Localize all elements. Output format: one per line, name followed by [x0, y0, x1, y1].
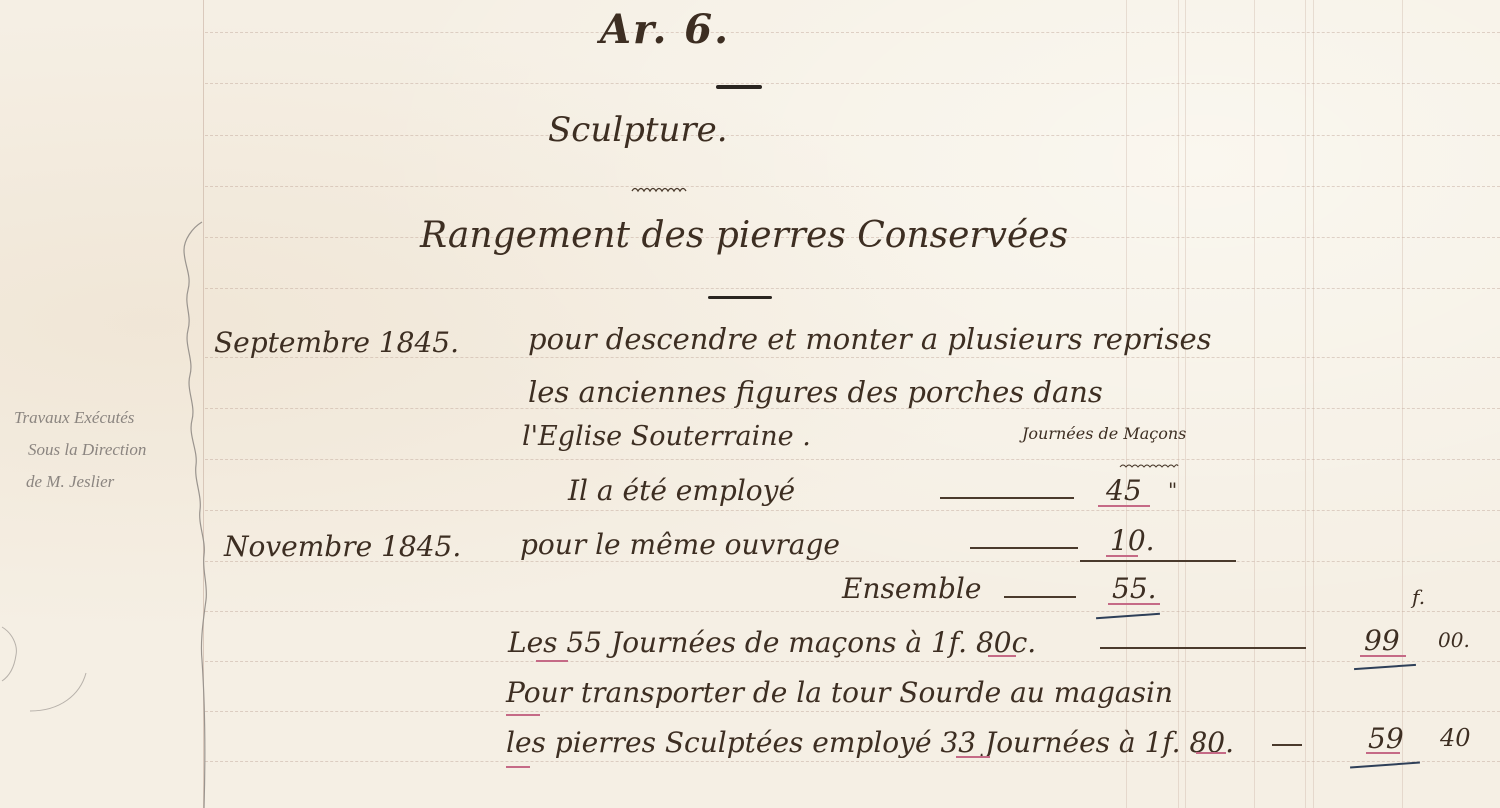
journees-value-1: 45: [1106, 474, 1142, 507]
entry-text-line: les anciennes figures des porches dans: [528, 375, 1103, 409]
pink-underline: [1366, 752, 1400, 754]
leader-line: [1272, 744, 1302, 746]
journees-value-2: 10.: [1110, 524, 1155, 557]
pink-underline: [506, 714, 540, 716]
margin-note-line-3: de M. Jeslier: [26, 472, 114, 492]
leader-line: [1004, 596, 1076, 598]
pink-underline: [988, 655, 1016, 657]
journees-total: 55.: [1112, 572, 1157, 605]
centimes-value: 00.: [1438, 628, 1470, 652]
ledger-page: Ar. 6. Sculpture. Rangement des pierres …: [0, 0, 1500, 808]
column-line: [1178, 0, 1179, 808]
francs-value: 99: [1364, 624, 1400, 657]
francs-column-header: f.: [1412, 585, 1425, 609]
pink-underline: [1108, 603, 1160, 605]
column-line: [1254, 0, 1255, 808]
section-title: Sculpture.: [548, 110, 728, 150]
column-line: [1313, 0, 1314, 808]
entry-text-line: pour descendre et monter a plusieurs rep…: [528, 322, 1211, 356]
article-number: Ar. 6.: [600, 6, 730, 53]
subtitle-divider: [708, 296, 772, 299]
ornament-squiggle: [630, 185, 690, 195]
column-line: [1185, 0, 1186, 808]
leader-line: [1100, 647, 1306, 649]
margin-note-line-2: Sous la Direction: [28, 440, 146, 460]
pink-underline: [1196, 752, 1226, 754]
blue-underline: [1096, 613, 1160, 619]
centimes-value: 40: [1440, 724, 1471, 752]
column-line: [1305, 0, 1306, 808]
entry-text-line: l'Eglise Souterraine .: [522, 421, 811, 452]
francs-value: 59: [1368, 722, 1404, 755]
subtitle: Rangement des pierres Conservées: [420, 215, 1068, 256]
entry-text-line: pour le même ouvrage: [520, 528, 840, 561]
leader-line: [940, 497, 1074, 499]
column-header-squiggle: [1118, 462, 1180, 470]
sum-line: [1080, 560, 1236, 562]
column-header-journees: Journées de Maçons: [1022, 424, 1186, 443]
pink-underline: [506, 766, 530, 768]
pink-underline: [536, 660, 568, 662]
blue-underline: [1354, 664, 1416, 670]
pink-underline: [1098, 505, 1150, 507]
journees-ditto-mark: ": [1168, 478, 1177, 502]
entry-text-line: Il a été employé: [568, 474, 795, 507]
column-line: [1402, 0, 1403, 808]
total-label: Ensemble: [842, 572, 981, 605]
header-divider: [716, 85, 762, 89]
leader-line: [970, 547, 1078, 549]
pencil-circle-mark: [0, 615, 90, 725]
blue-underline: [1350, 762, 1420, 769]
cost-line-text: les pierres Sculptées employé 33 Journée…: [506, 726, 1234, 759]
pink-underline: [956, 756, 990, 758]
cost-line-text: Pour transporter de la tour Sourde au ma…: [506, 676, 1173, 709]
pink-underline: [1106, 555, 1138, 557]
margin-note-line-1: Travaux Exécutés: [14, 408, 134, 428]
pink-underline: [1360, 655, 1406, 657]
entry-date-novembre: Novembre 1845.: [224, 530, 461, 563]
cost-line-text: Les 55 Journées de maçons à 1f. 80c.: [508, 626, 1036, 659]
pencil-bracket: [170, 220, 210, 808]
entry-date-september: Septembre 1845.: [214, 326, 459, 359]
